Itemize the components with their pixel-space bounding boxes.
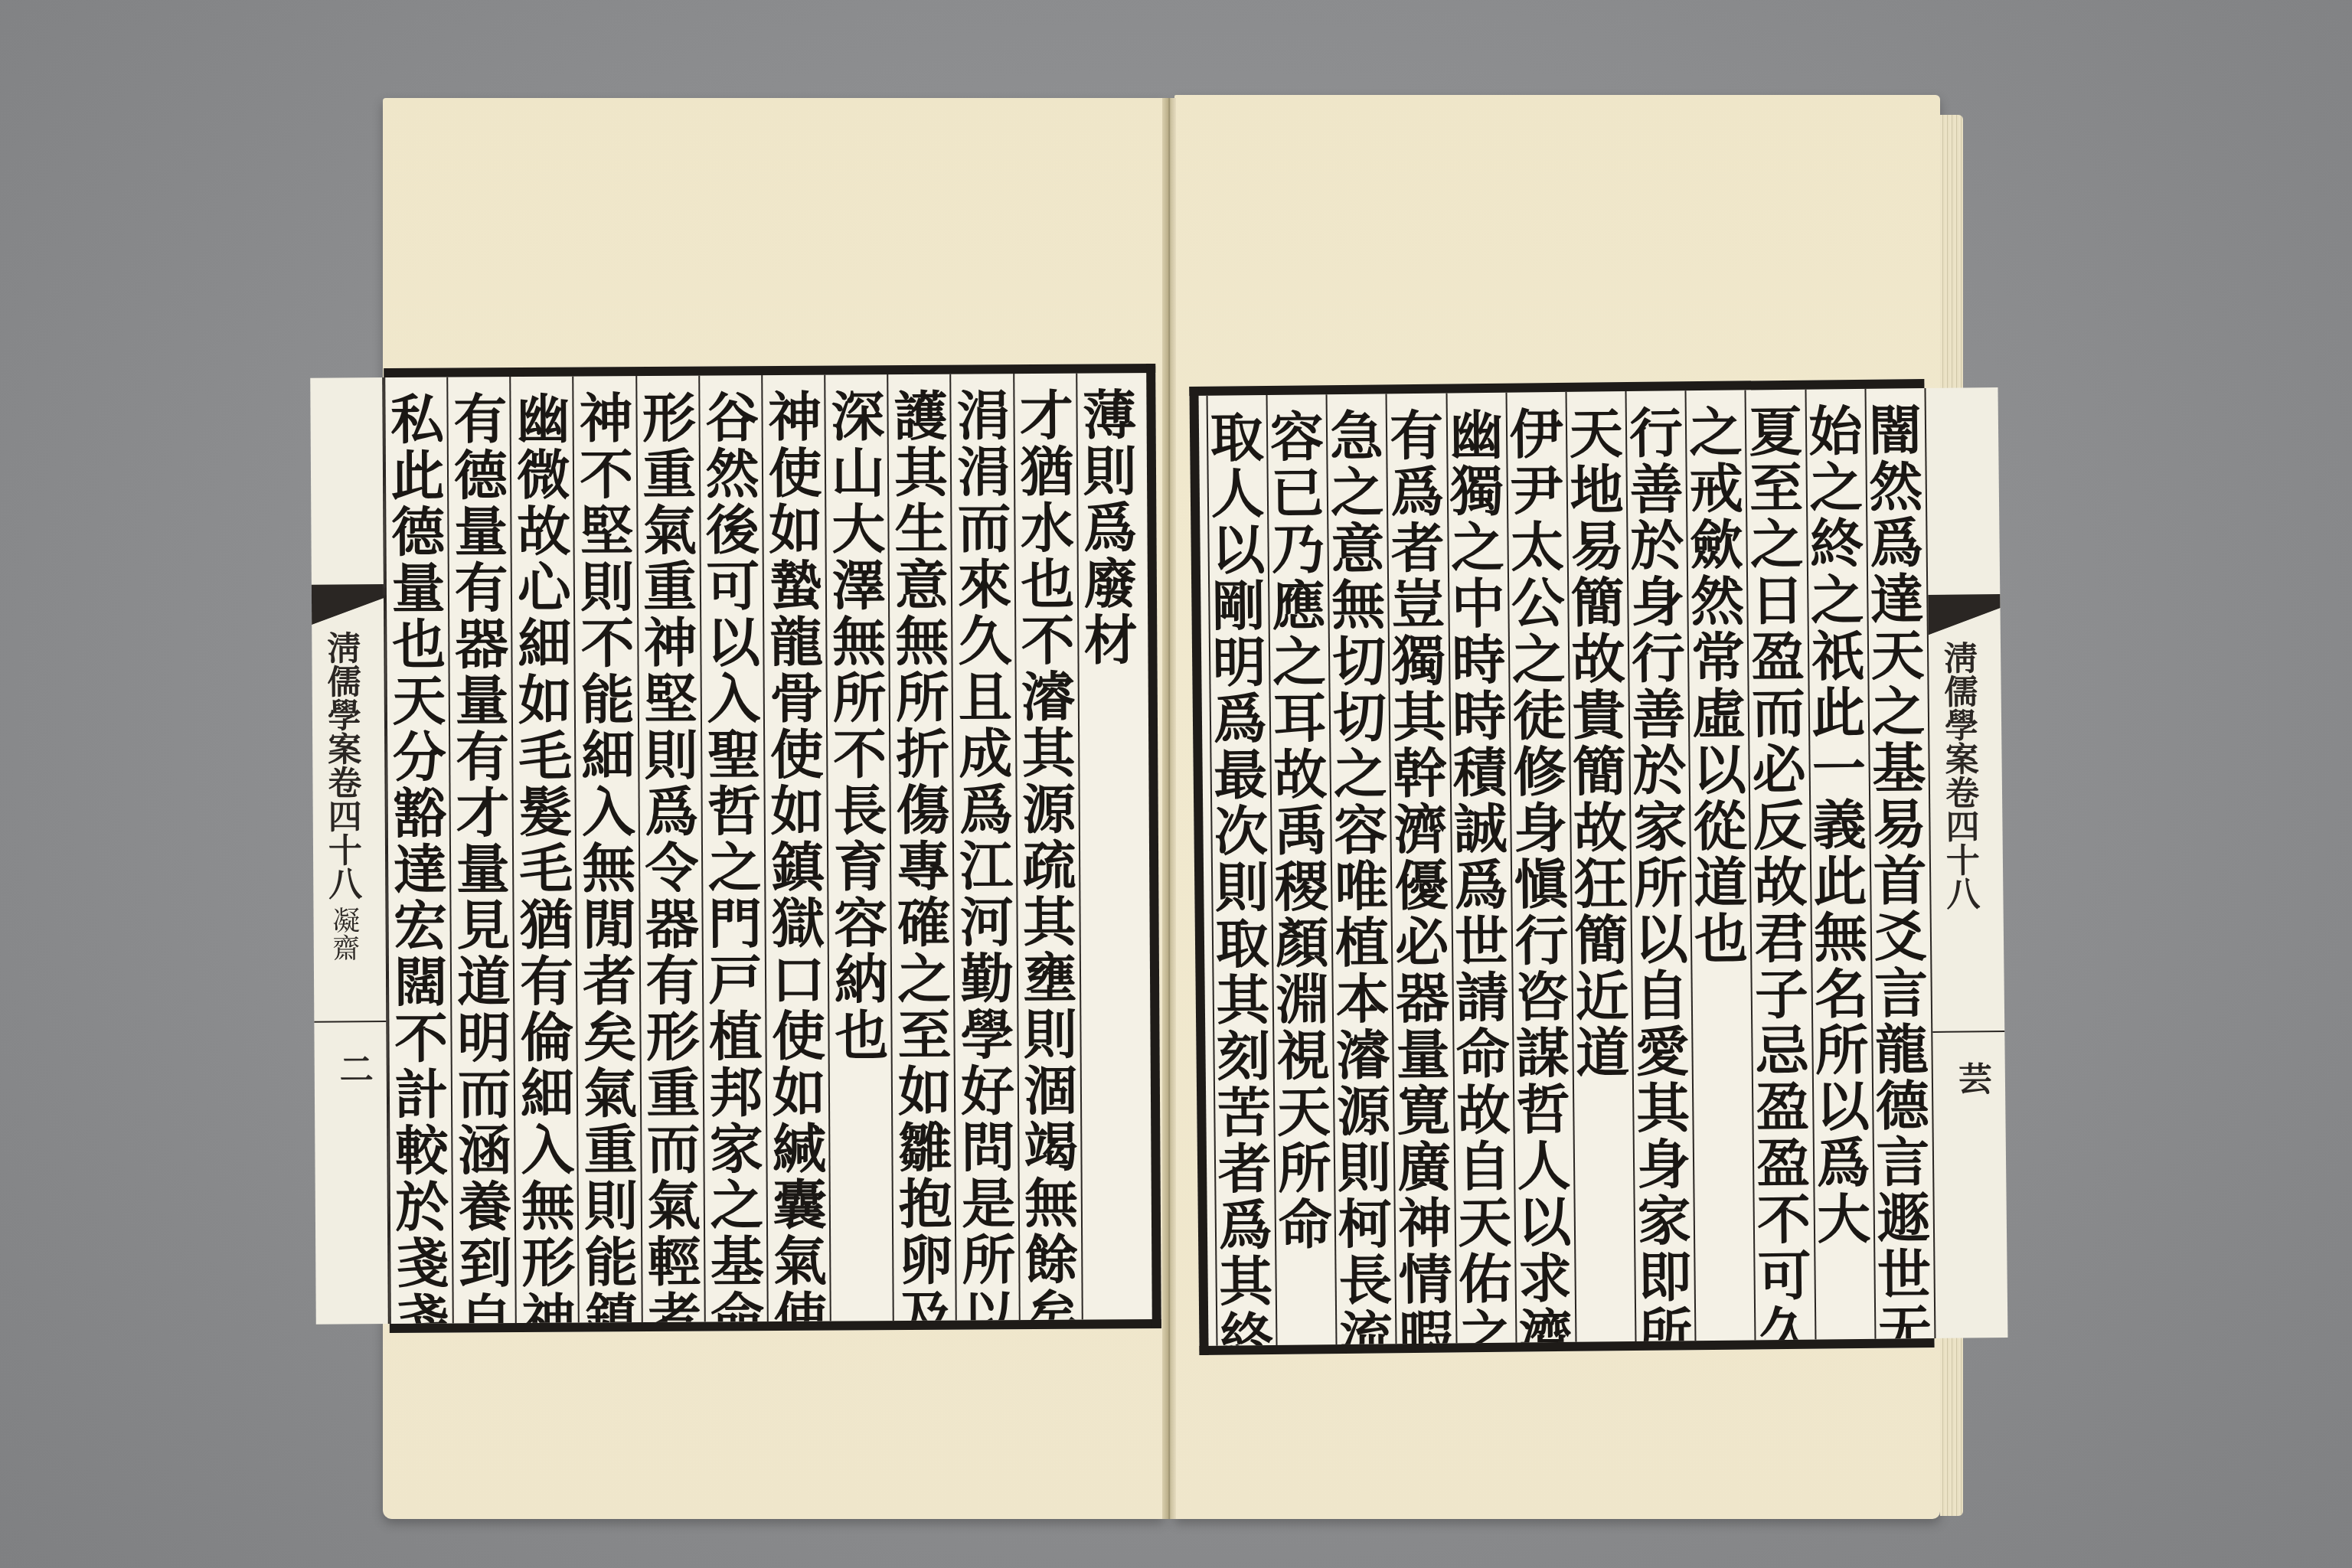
text-column: 伊尹太公之徒修身愼行咨謀哲人以求濟天下之具其昧爽 [1505,392,1575,1343]
text-column: 幽微故心細如毛髮毛猶有倫細入無形神之爲也 [510,377,579,1323]
open-book: 淸儒學案卷四十八 凝齋 二 薄則爲廢材 才猶水也不濬其源疏其壅則涸竭無餘矣日濬之… [0,0,2352,1568]
text-column: 谷然後可以入聖哲之門戸植邦家之基命 [698,375,767,1321]
text-column: 形重氣重神堅則爲令器有形重而氣輕者矣有形重氣重而 [635,376,704,1322]
right-block-heart-title: 淸儒學案卷四十八 [1938,640,1979,910]
text-column: 取人以剛明爲最次則取其刻苦者爲其終有成也若浮游淺 [1206,395,1276,1346]
text-column: 急之意無切切之容唯植本濬源則柯長流遠時事迫我必不 [1326,394,1396,1344]
text-column: 才猶水也不濬其源疏其壅則涸竭無餘矣日濬之疏之始必 [1013,374,1082,1320]
fish-tail-mark-icon [312,584,384,631]
left-block-heart-subtitle: 凝齋 [324,906,363,961]
text-column: 容已乃應之耳故禹稷顏淵視天所命 [1266,394,1336,1345]
fish-tail-mark-icon [1928,594,2001,641]
text-column: 涓涓而來久且成爲江河勤學好問是所以濬之疏之之要也 [950,374,1019,1320]
left-page-frame: 淸儒學案卷四十八 凝齋 二 薄則爲廢材 才猶水也不濬其源疏其壅則涸竭無餘矣日濬之… [384,364,1161,1333]
text-column: 護其生意無所折傷專確之至如雛抱卵及其充積流通則如 [887,374,956,1321]
left-page-number: 二 [328,1051,377,1085]
text-column: 天地易簡故貴簡故狂簡近道 [1565,391,1635,1342]
text-column: 之戒歛然常虛以從道也 [1685,390,1755,1341]
left-block-heart: 淸儒學案卷四十八 凝齋 二 [310,377,390,1325]
text-column: 夏至之日盈而必反故君子忌盈盈不可久也臣道守月幾望 [1745,390,1815,1341]
left-block-heart-rule [314,1021,386,1023]
left-text-columns: 薄則爲廢材 才猶水也不濬其源疏其壅則涸竭無餘矣日濬之疏之始必 涓涓而來久且成爲江… [384,373,1145,1324]
right-page-frame: 闇然爲達天之基易首爻言龍德言遯世无悶不見是而无悶 始之終之祇此一義此無名所以爲大… [1189,379,1934,1355]
left-block-heart-title: 淸儒學案卷四十八 [321,630,361,900]
text-column: 闇然爲達天之基易首爻言龍德言遯世无悶不見是而无悶 [1864,388,1934,1339]
text-column: 幽獨之中時時積誠爲世請命故自天佑之卒能傾否也能大 [1445,393,1515,1344]
right-block-heart-rule [1932,1031,2004,1033]
text-column: 行善於身行善於家所以自愛其身家即所以愛君國天下也 [1625,390,1695,1341]
text-column: 深山大澤無所不長育容納也 [824,374,893,1321]
text-column: 神不堅則不能細入無閒者矣氣重則能鎮紛雜神堅乃能探 [573,376,642,1322]
text-column: 有爲者豈獨其幹濟優必器量寛廣神情暇豫若將安焉無急 [1386,394,1455,1344]
right-block-heart: 淸儒學案卷四十八 芸 [1924,387,2007,1338]
right-page-number: 芸 [1947,1061,1996,1096]
book-gutter [1162,98,1176,1519]
text-column: 私此德量也天分豁達宏闊不計較於戔戔之閒此器量也恢 [384,377,452,1324]
text-column: 始之終之祇此一義此無名所以爲大 [1805,389,1874,1340]
text-column: 神使如蟄龍骨使如鎮獄口使如緘囊氣使如春和量使如淵 [761,375,830,1321]
text-column: 薄則爲廢材 [1076,373,1145,1319]
right-text-columns: 闇然爲達天之基易首爻言龍德言遯世无悶不見是而无悶 始之終之祇此一義此無名所以爲大… [1207,388,1935,1346]
text-column: 有德量有器量有才量見道明而涵養到自然不狃於血氣之 [446,377,515,1323]
